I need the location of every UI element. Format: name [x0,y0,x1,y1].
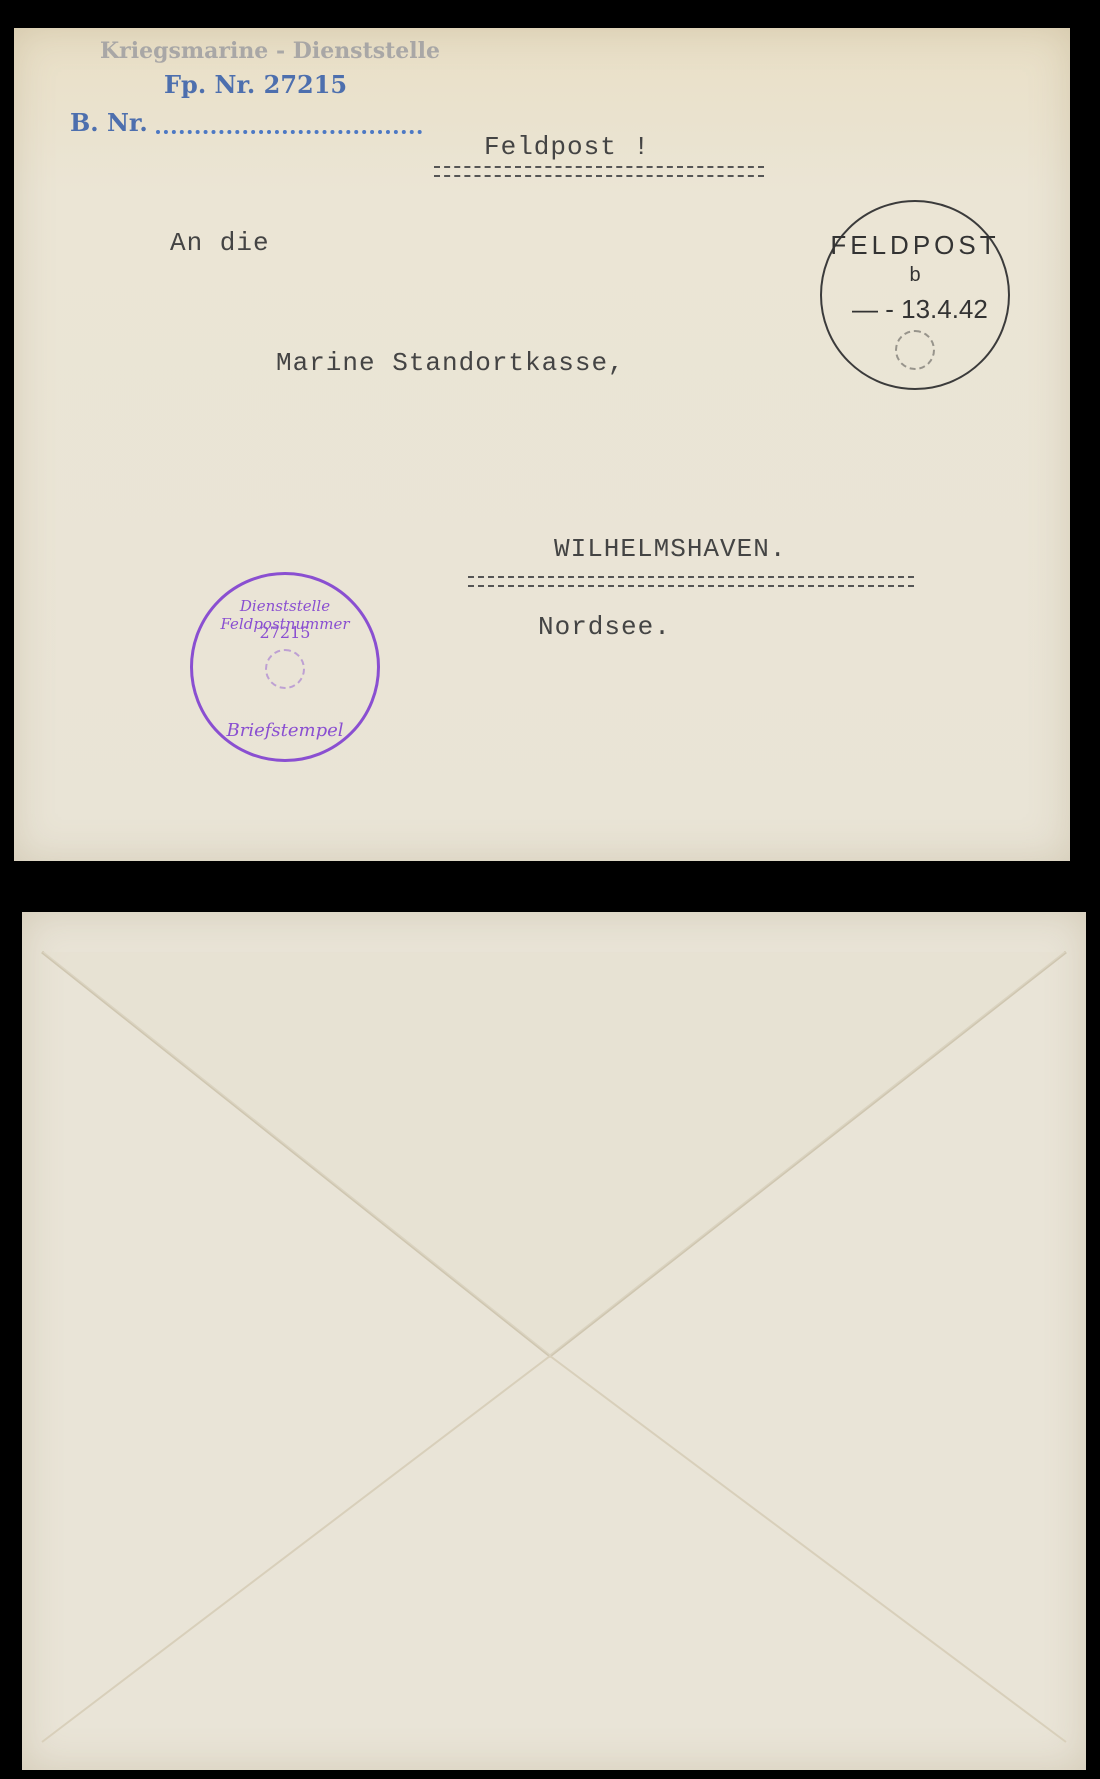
envelope-back [22,912,1086,1770]
emblem-placeholder-icon [265,649,305,689]
office-stamp: Dienststelle Feldpostnummer 27215 Briefs… [190,572,380,762]
region: Nordsee. [538,612,671,642]
emblem-placeholder-icon [895,330,935,370]
feldpost-title: Feldpost ! [484,132,650,162]
postmark-sub: b [822,264,1008,287]
postmark: FELDPOST b — - 13.4.42 [820,200,1010,390]
header-stamp-line1: Kriegsmarine - Dienststelle [100,38,440,64]
city: WILHELMSHAVEN. [554,534,786,564]
salutation: An die [170,228,270,258]
postmark-title: FELDPOST [822,230,1008,261]
header-stamp-line3: B. Nr. [70,108,148,137]
office-stamp-number: 27215 [193,623,377,642]
header-stamp-underline [156,130,422,134]
city-double-underline [468,576,914,587]
title-double-underline [434,166,764,177]
envelope-flaps [22,912,1086,1770]
envelope-front: Kriegsmarine - Dienststelle Fp. Nr. 2721… [14,28,1070,861]
office-stamp-bottom: Briefstempel [193,720,377,741]
recipient: Marine Standortkasse, [276,348,625,378]
header-stamp-line2: Fp. Nr. 27215 [164,70,347,99]
postmark-date: — - 13.4.42 [852,294,988,325]
